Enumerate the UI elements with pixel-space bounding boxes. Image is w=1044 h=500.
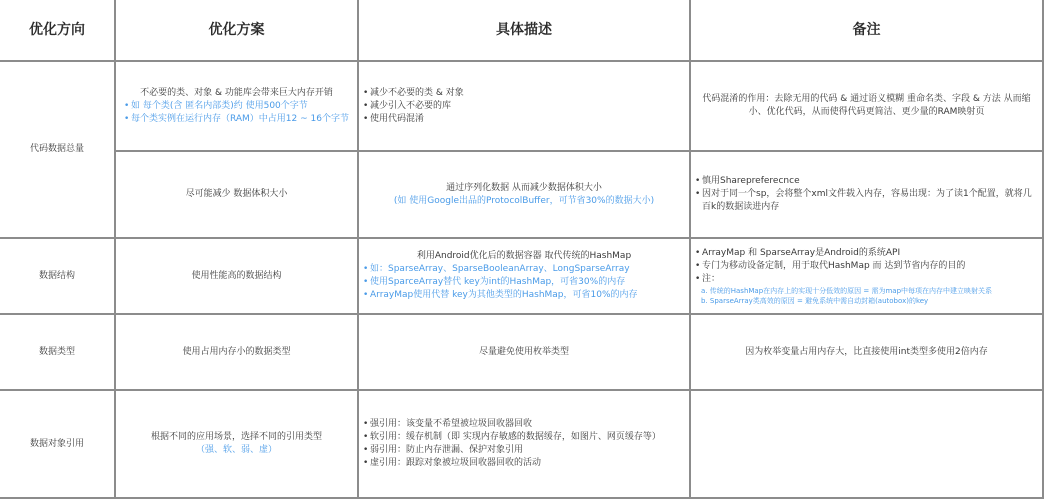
notes-cell: [690, 390, 1043, 498]
direction-cell: 数据类型: [0, 314, 115, 390]
plan-cell: 使用占用内存小的数据类型: [115, 314, 358, 390]
note-bullet: ArrayMap 和 SparseArray是Android的系统API: [695, 247, 1038, 260]
plan-main-text: 根据不同的应用场景，选择不同的引用类型: [120, 431, 353, 444]
description-bullet: 弱引用：防止内存泄漏、保护对象引用: [363, 444, 685, 457]
notes-cell: 慎用Sharepreferecnce 因对于同一个sp，会将整个xml文件载入内…: [690, 151, 1043, 238]
description-bullet: ArrayMap使用代替 key为其他类型的HashMap，可省10%的内存: [363, 289, 685, 302]
plan-cell: 尽可能减少 数据体积大小: [115, 151, 358, 238]
notes-cell: 代码混淆的作用：去除无用的代码 & 通过语义模糊 重命名类、字段 & 方法 从而…: [690, 61, 1043, 151]
header-notes: 备注: [690, 0, 1043, 61]
description-bullet: 减少不必要的类 & 对象: [363, 87, 685, 100]
header-plan: 优化方案: [115, 0, 358, 61]
plan-sub-text: （强、软、弱、虚）: [120, 444, 353, 457]
memory-optimization-table: 优化方向 优化方案 具体描述 备注 代码数据总量 不必要的类、对象 & 功能库会…: [0, 0, 1044, 499]
table-row: 数据对象引用 根据不同的应用场景，选择不同的引用类型 （强、软、弱、虚） 强引用…: [0, 390, 1043, 498]
note-bullet: 因对于同一个sp，会将整个xml文件载入内存，容易出现：为了读1个配置，就将几百…: [695, 188, 1038, 214]
notes-cell: ArrayMap 和 SparseArray是Android的系统API 专门为…: [690, 238, 1043, 314]
description-bullet: 虚引用：跟踪对象被垃圾回收器回收的活动: [363, 457, 685, 470]
note-bullet: 注：: [695, 273, 1038, 286]
description-bullet: 使用SparceArray替代 key为int的HashMap，可省30%的内存: [363, 276, 685, 289]
note-bullet: 专门为移动设备定制，用于取代HashMap 而 达到节省内存的目的: [695, 260, 1038, 273]
plan-bullet: 每个类实例在运行内存（RAM）中占用12 ~ 16个字节: [124, 113, 349, 126]
direction-cell: 数据对象引用: [0, 390, 115, 498]
notes-cell: 因为枚举变量占用内存大，比直接使用int类型多使用2倍内存: [690, 314, 1043, 390]
note-bullet: 慎用Sharepreferecnce: [695, 175, 1038, 188]
description-cell: 尽量避免使用枚举类型: [358, 314, 690, 390]
plan-cell: 根据不同的应用场景，选择不同的引用类型 （强、软、弱、虚）: [115, 390, 358, 498]
direction-cell: 代码数据总量: [0, 61, 115, 238]
header-row: 优化方向 优化方案 具体描述 备注: [0, 0, 1043, 61]
table-row: 尽可能减少 数据体积大小 通过序列化数据 从而减少数据体积大小 (如 使用Goo…: [0, 151, 1043, 238]
description-main-text: 通过序列化数据 从而减少数据体积大小: [363, 182, 685, 195]
plan-cell: 不必要的类、对象 & 功能库会带来巨大内存开销 如 每个类(含 匿名内部类)约 …: [115, 61, 358, 151]
description-cell: 强引用：该变量不希望被垃圾回收器回收 软引用：缓存机制（即 实现内存敏感的数据缓…: [358, 390, 690, 498]
plan-cell: 使用性能高的数据结构: [115, 238, 358, 314]
table-row: 数据结构 使用性能高的数据结构 利用Android优化后的数据容器 取代传统的H…: [0, 238, 1043, 314]
plan-bullet: 如 每个类(含 匿名内部类)约 使用500个字节: [124, 100, 349, 113]
note-sub-text: a. 传统的HashMap在内存上的实现十分低效的原因 = 需为map中每项在内…: [695, 286, 1038, 296]
note-sub-text: b. SparseArray类高效的原因 = 避免系统中需自动封箱(autobo…: [695, 296, 1038, 306]
description-cell: 通过序列化数据 从而减少数据体积大小 (如 使用Google出品的Protoco…: [358, 151, 690, 238]
header-description: 具体描述: [358, 0, 690, 61]
plan-main-text: 不必要的类、对象 & 功能库会带来巨大内存开销: [124, 87, 349, 100]
direction-cell: 数据结构: [0, 238, 115, 314]
description-bullet: 软引用：缓存机制（即 实现内存敏感的数据缓存，如图片、网页缓存等）: [363, 431, 685, 444]
description-cell: 减少不必要的类 & 对象 减少引入不必要的库 使用代码混淆: [358, 61, 690, 151]
table-row: 数据类型 使用占用内存小的数据类型 尽量避免使用枚举类型 因为枚举变量占用内存大…: [0, 314, 1043, 390]
table-row: 代码数据总量 不必要的类、对象 & 功能库会带来巨大内存开销 如 每个类(含 匿…: [0, 61, 1043, 151]
description-cell: 利用Android优化后的数据容器 取代传统的HashMap 如：SparseA…: [358, 238, 690, 314]
description-bullet: 使用代码混淆: [363, 113, 685, 126]
header-direction: 优化方向: [0, 0, 115, 61]
description-bullet: 如：SparseArray、SparseBooleanArray、LongSpa…: [363, 263, 685, 276]
description-sub-text: (如 使用Google出品的ProtocolBuffer，可节省30%的数据大小…: [363, 195, 685, 208]
description-bullet: 减少引入不必要的库: [363, 100, 685, 113]
description-bullet: 强引用：该变量不希望被垃圾回收器回收: [363, 418, 685, 431]
description-main-text: 利用Android优化后的数据容器 取代传统的HashMap: [363, 250, 685, 263]
